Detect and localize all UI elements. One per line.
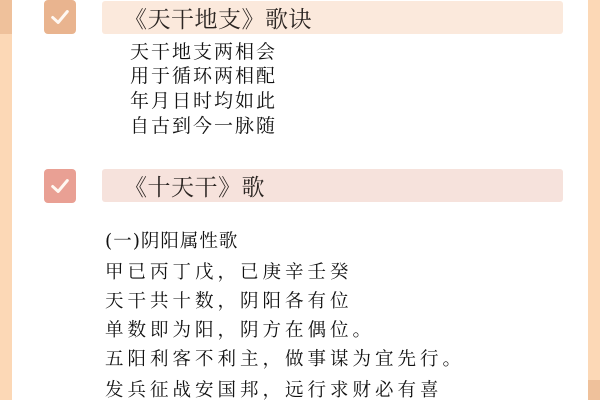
decorative-edge bbox=[0, 0, 12, 34]
decorative-edge bbox=[588, 380, 600, 400]
verse-line: 年月日时均如此 bbox=[130, 89, 277, 113]
section-1-header: 《天干地支》歌诀 bbox=[102, 1, 563, 34]
section-2-header: 《十天干》歌 bbox=[102, 169, 563, 202]
poem-line: 发兵征战安国邦，远行求财必有喜 bbox=[105, 378, 443, 400]
section-2-title: 《十天干》歌 bbox=[124, 169, 265, 202]
poem-line: 单数即为阳，阴方在偶位。 bbox=[105, 318, 375, 344]
poem-line: 天干共十数，阴阳各有位 bbox=[105, 289, 353, 315]
poem-line: 五阳利客不利主，做事谋为宜先行。 bbox=[105, 347, 465, 373]
checkmark-icon bbox=[49, 175, 71, 197]
content-card: 《天干地支》歌诀 天干地支两相会 用于循环两相配 年月日时均如此 自古到今一脉随… bbox=[12, 0, 588, 400]
verse-line: 天干地支两相会 bbox=[130, 40, 277, 64]
section-1-title: 《天干地支》歌诀 bbox=[124, 1, 312, 34]
section-1-checkbox bbox=[44, 0, 76, 34]
verse-line: 自古到今一脉随 bbox=[130, 114, 277, 138]
subheading: (一)阴阳属性歌 bbox=[105, 229, 238, 255]
verse-line: 用于循环两相配 bbox=[130, 64, 277, 88]
checkmark-icon bbox=[49, 6, 71, 28]
poem-line: 甲已丙丁戊，已庚辛壬癸 bbox=[105, 260, 353, 286]
section-2-checkbox bbox=[44, 169, 76, 203]
